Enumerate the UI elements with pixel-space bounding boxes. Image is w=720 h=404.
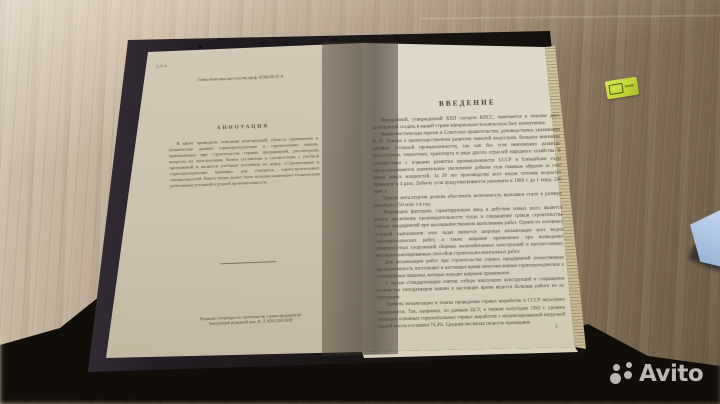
avito-watermark: Avito: [610, 361, 703, 387]
photo-scene: 2-8-4 Главы написаны при участии проф. К…: [0, 0, 720, 404]
avito-dot-1: [613, 364, 620, 371]
avito-logo-icon: [610, 361, 637, 387]
avito-dot-2: [626, 362, 632, 368]
avito-dot-3: [610, 373, 621, 384]
avito-dot-4: [624, 371, 632, 379]
photo-vignette: [0, 0, 720, 404]
watermark-text: Avito: [639, 361, 703, 387]
